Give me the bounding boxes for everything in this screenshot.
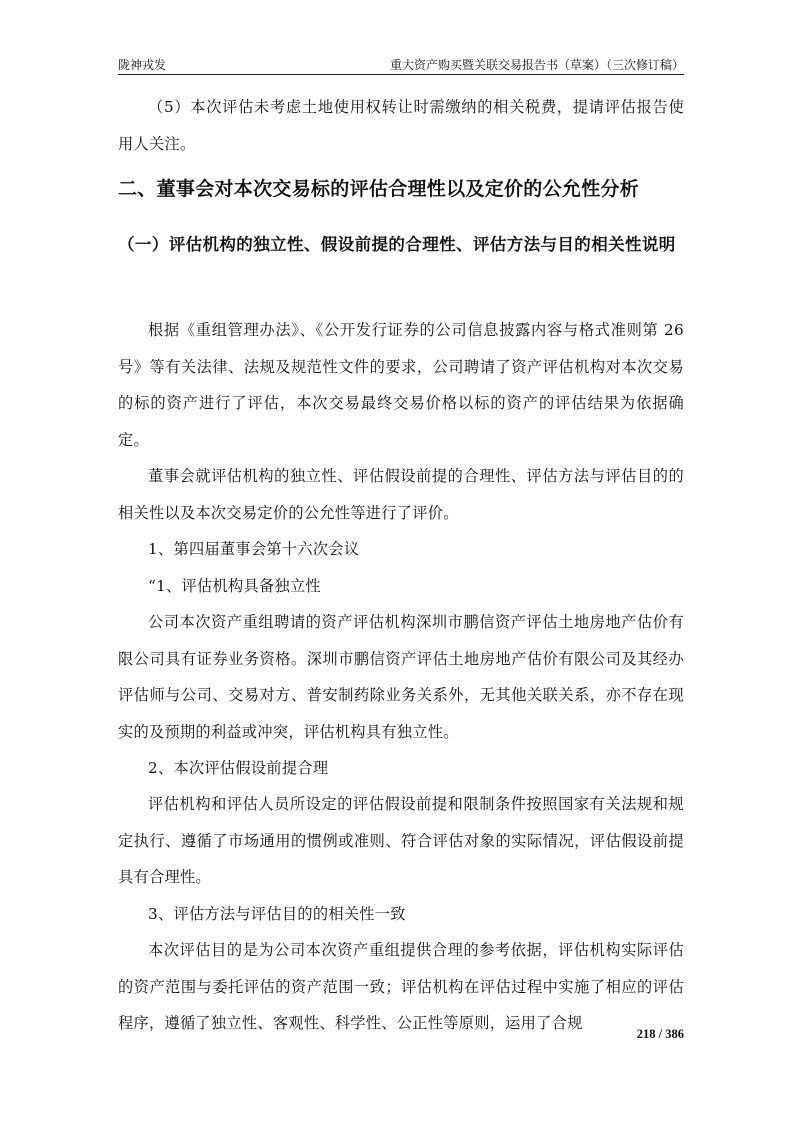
header-doc-title: 重大资产购买暨关联交易报告书（草案）（三次修订稿）: [390, 58, 684, 72]
subsection-title: （一）评估机构的独立性、假设前提的合理性、评估方法与目的相关性说明: [118, 226, 684, 264]
item-independence-heading: “1、评估机构具备独立性: [118, 568, 684, 605]
paragraph-independence: 公司本次资产重组聘请的资产评估机构深圳市鹏信资产评估土地房地产估价有限公司具有证…: [118, 604, 684, 750]
header-company: 陇神戎发: [118, 58, 166, 72]
paragraph-board-evaluation: 董事会就评估机构的独立性、评估假设前提的合理性、评估方法与评估目的的相关性以及本…: [118, 458, 684, 531]
section-title: 二、董事会对本次交易标的评估合理性以及定价的公允性分析: [118, 177, 684, 201]
item-meeting: 1、第四届董事会第十六次会议: [118, 531, 684, 568]
paragraph-assumption: 评估机构和评估人员所设定的评估假设前提和限制条件按照国家有关法规和规定执行、遵循…: [118, 786, 684, 896]
page-number: 218 / 386: [637, 1027, 684, 1042]
paragraph-note-5: （5）本次评估未考虑土地使用权转让时需缴纳的相关税费，提请评估报告使用人关注。: [118, 89, 684, 162]
page-header: 陇神戎发 重大资产购买暨关联交易报告书（草案）（三次修订稿）: [118, 58, 684, 75]
paragraph-basis: 根据《重组管理办法》、《公开发行证券的公司信息披露内容与格式准则第 26 号》等…: [118, 312, 684, 458]
paragraph-method: 本次评估目的是为公司本次资产重组提供合理的参考依据，评估机构实际评估的资产范围与…: [118, 932, 684, 1042]
item-assumption-heading: 2、本次评估假设前提合理: [118, 750, 684, 787]
item-method-heading: 3、评估方法与评估目的的相关性一致: [118, 896, 684, 933]
